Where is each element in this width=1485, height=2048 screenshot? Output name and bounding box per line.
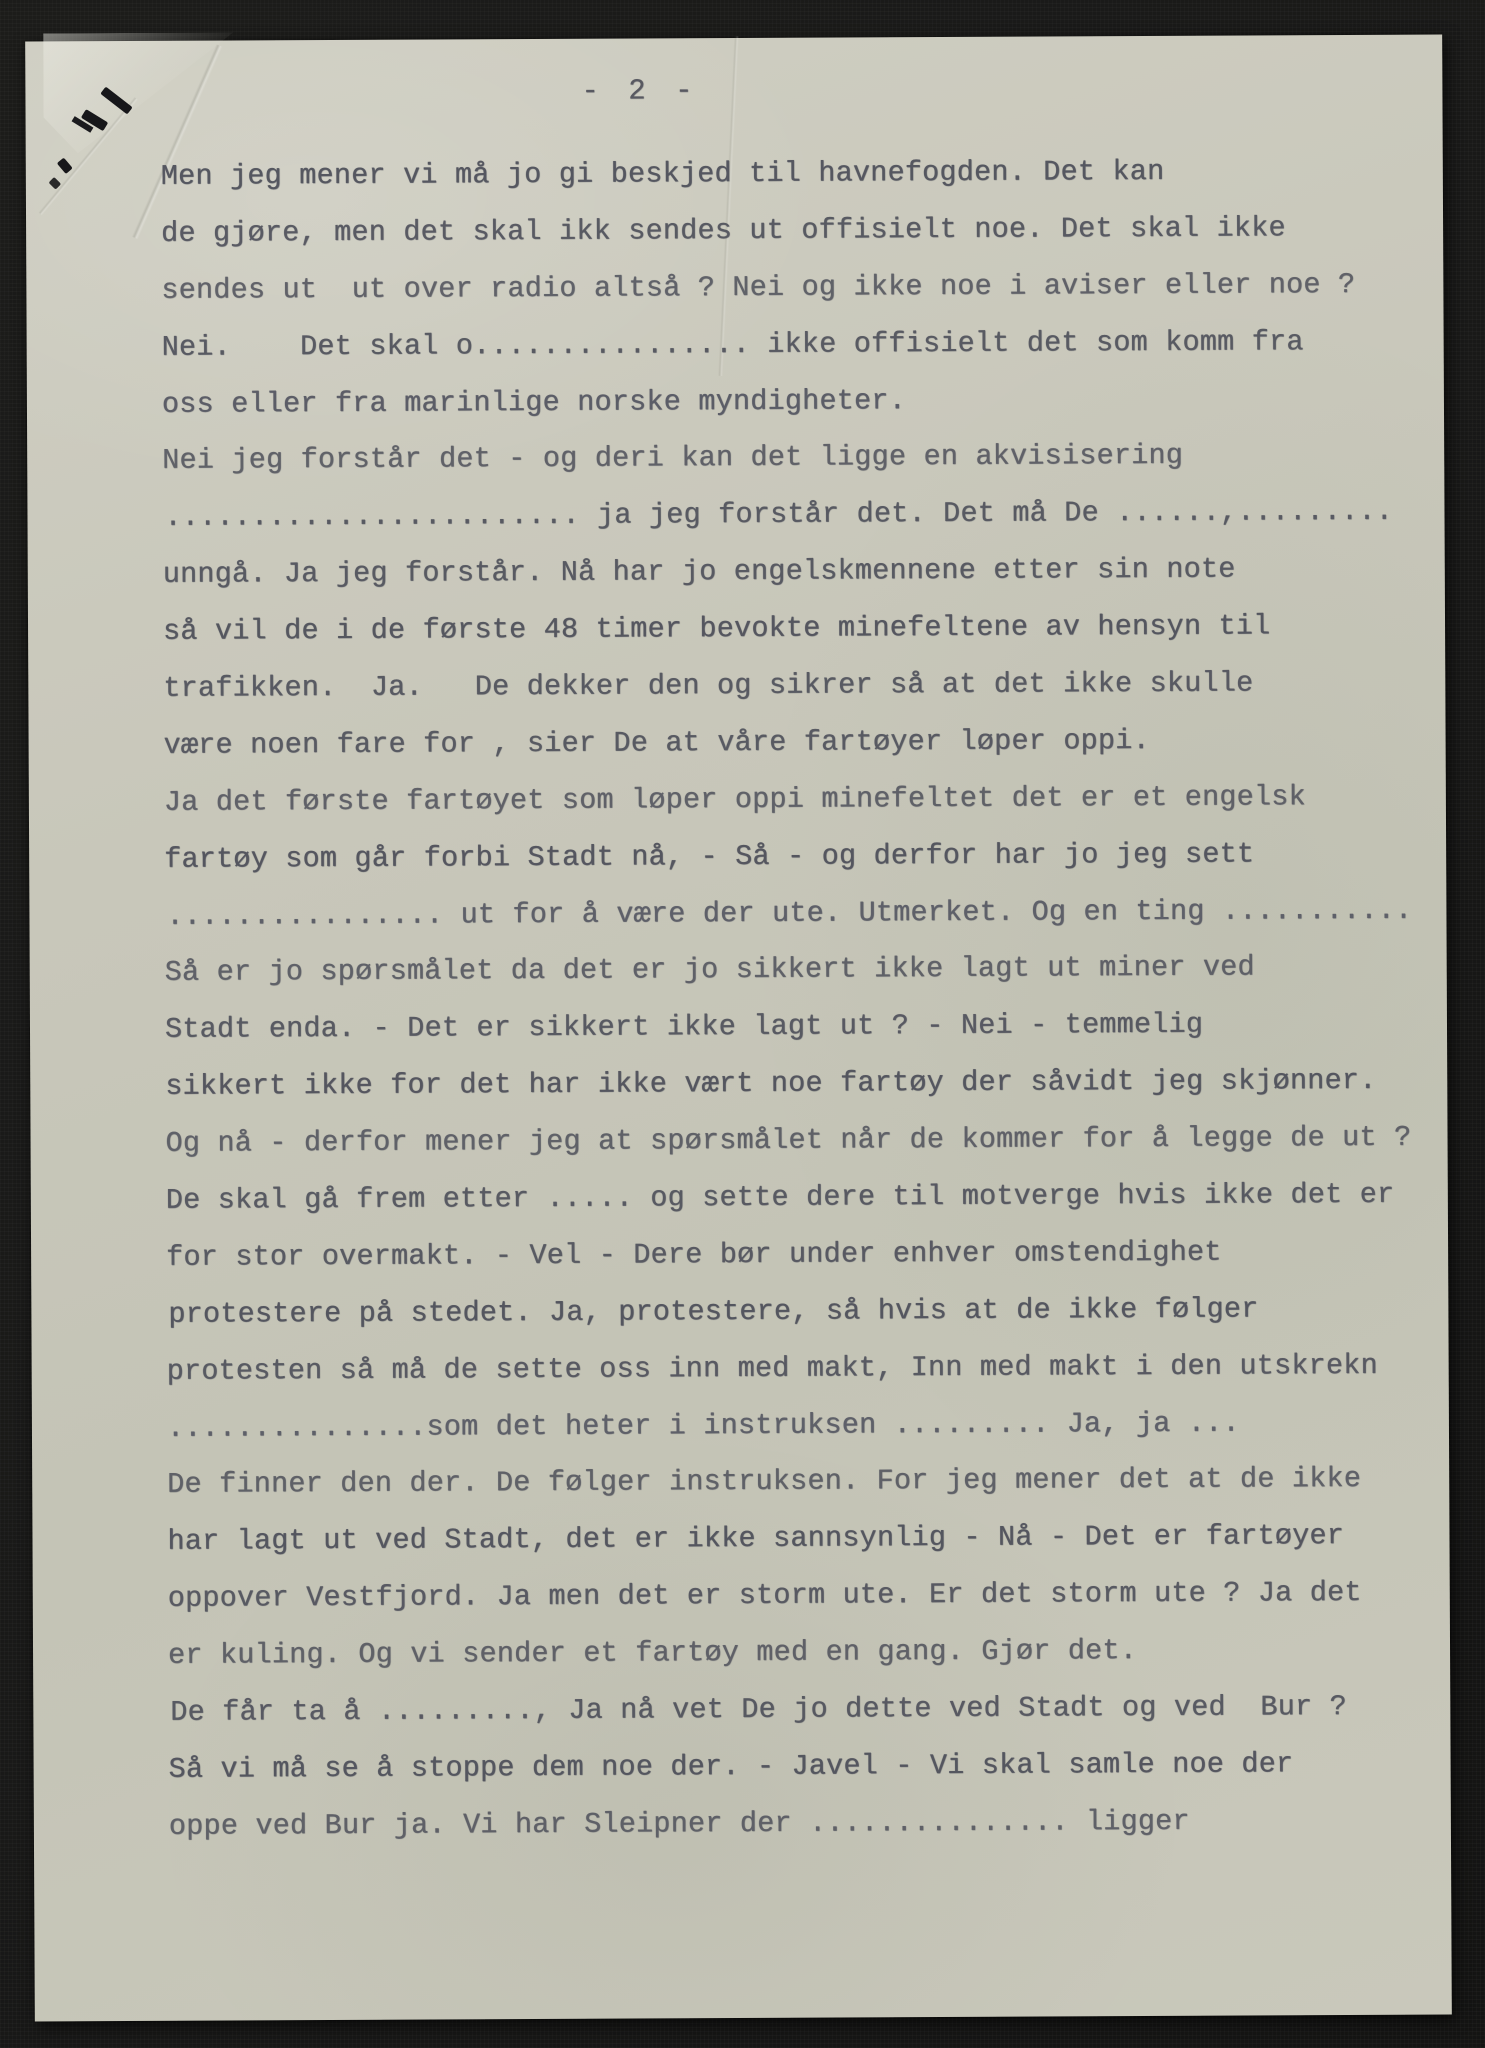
text-line: protesten så må de sette oss inn med mak…	[167, 1337, 1427, 1400]
text-line: unngå. Ja jeg forstår. Nå har jo engelsk…	[163, 541, 1423, 604]
text-line: Stadt enda. - Det er sikkert ikke lagt u…	[165, 996, 1425, 1059]
text-line: har lagt ut ved Stadt, det er ikke sanns…	[167, 1508, 1427, 1571]
document-page: - 2 - Men jeg mener vi må jo gi beskjed …	[25, 35, 1452, 2022]
text-line: Nei. Det skal o................ ikke off…	[162, 313, 1422, 376]
text-line: fartøy som går forbi Stadt nå, - Så - og…	[164, 825, 1424, 888]
text-line: ................ ut for å være der ute. …	[166, 882, 1426, 945]
torn-corner	[43, 32, 234, 153]
text-line: er kuling. Og vi sender et fartøy med en…	[168, 1622, 1428, 1685]
text-line: Men jeg mener vi må jo gi beskjed til ha…	[161, 143, 1421, 206]
typewritten-text-block: Men jeg mener vi må jo gi beskjed til ha…	[161, 143, 1429, 1856]
text-line: ...............som det heter i instrukse…	[167, 1394, 1427, 1457]
text-line: oppe ved Bur ja. Vi har Sleipner der ...…	[169, 1792, 1429, 1855]
text-line: De finner den der. De følger instruksen.…	[167, 1451, 1427, 1514]
scan-background: - 2 - Men jeg mener vi må jo gi beskjed …	[0, 0, 1485, 2048]
text-line: De skal gå frem etter ..... og sette der…	[166, 1167, 1426, 1230]
text-line: Og nå - derfor mener jeg at spørsmålet n…	[165, 1110, 1425, 1173]
text-line: være noen fare for , sier De at våre far…	[163, 712, 1423, 775]
ink-mark	[57, 158, 73, 174]
text-line: De får ta å ........., Ja nå vet De jo d…	[170, 1679, 1430, 1742]
text-line: de gjøre, men det skal ikk sendes ut off…	[161, 200, 1421, 263]
text-line: sikkert ikke for det har ikke vært noe f…	[165, 1053, 1425, 1116]
text-line: ........................ ja jeg forstår …	[164, 484, 1424, 547]
text-line: protestere på stedet. Ja, protestere, så…	[168, 1280, 1428, 1343]
text-line: Ja det første fartøyet som løper oppi mi…	[164, 768, 1424, 831]
text-line: oss eller fra marinlige norske myndighet…	[162, 370, 1422, 433]
text-line: Nei jeg forstår det - og deri kan det li…	[162, 427, 1422, 490]
ink-mark	[48, 177, 61, 190]
text-line: Så vi må se å stoppe dem noe der. - Jave…	[168, 1736, 1428, 1799]
text-line: sendes ut ut over radio altså ? Nei og i…	[161, 256, 1421, 319]
text-line: så vil de i de første 48 timer bevokte m…	[163, 598, 1423, 661]
page-number: - 2 -	[581, 74, 698, 108]
text-line: for stor overmakt. - Vel - Dere bør unde…	[166, 1224, 1426, 1287]
text-line: oppover Vestfjord. Ja men det er storm u…	[168, 1565, 1428, 1628]
text-line: trafikken. Ja. De dekker den og sikrer s…	[163, 655, 1423, 718]
text-line: Så er jo spørsmålet da det er jo sikkert…	[165, 939, 1425, 1002]
